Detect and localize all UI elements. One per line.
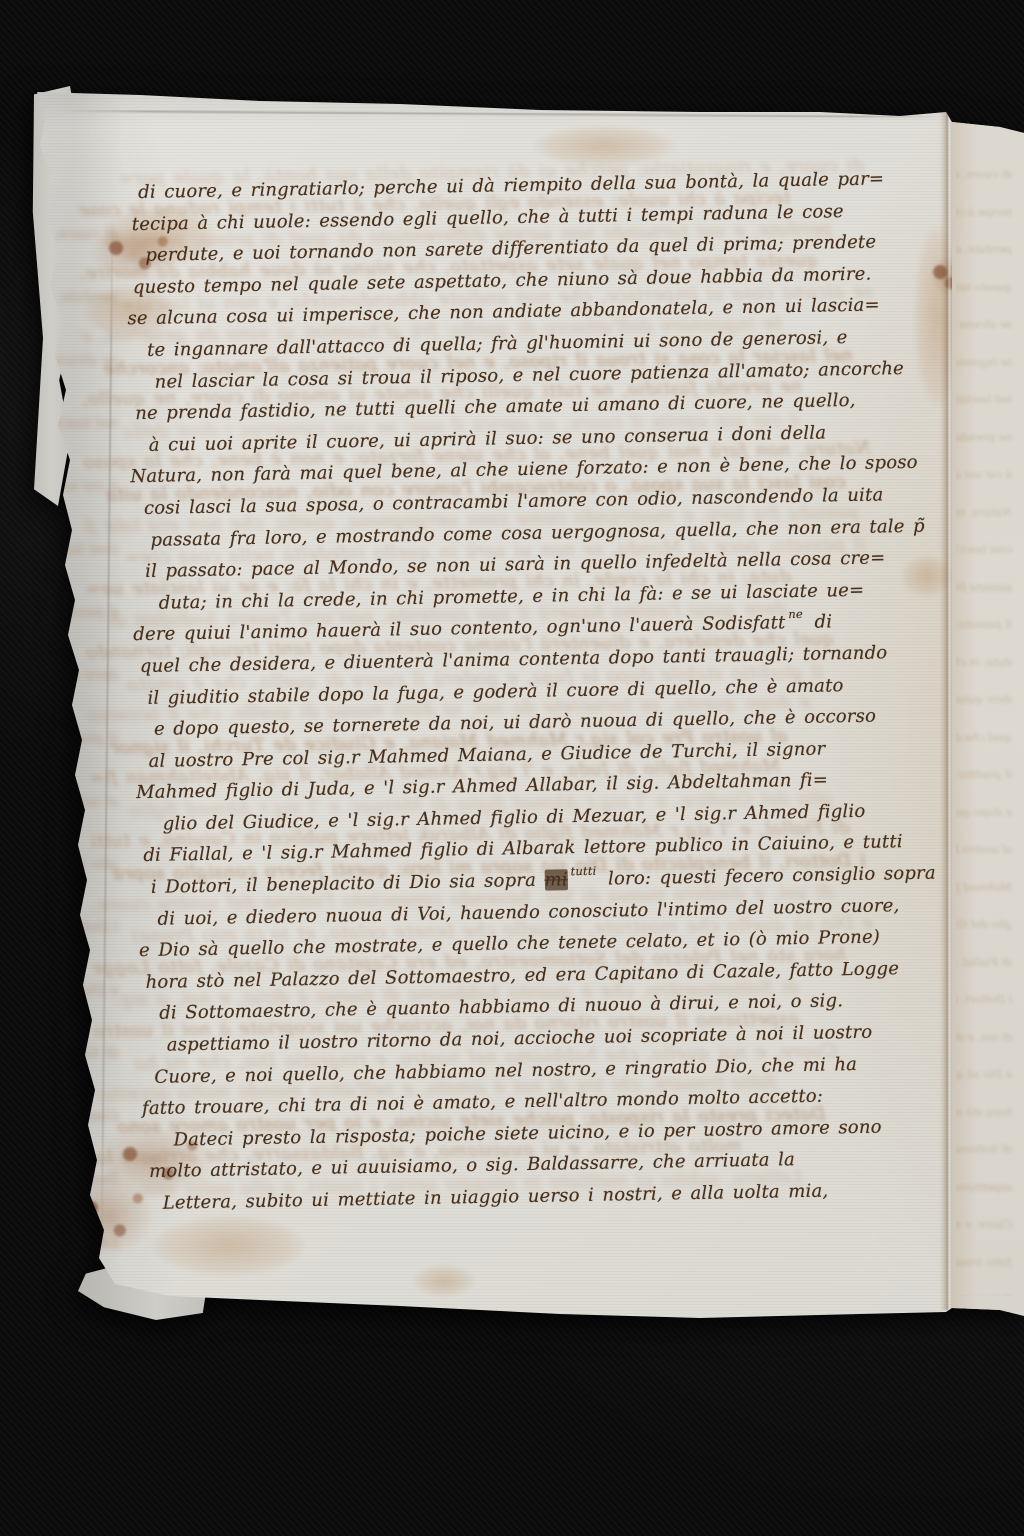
fox-stain [414, 1266, 474, 1296]
ghost-line: cosi lasci la sua sposa, o contracambi l… [956, 531, 1012, 569]
ghost-line: dere quiui l'animo hauerà il suo content… [956, 681, 1012, 719]
ghost-line: il giuditio stabile dopo la fuga, e gode… [956, 756, 1012, 794]
ghost-line: questo tempo nel quale sete aspettato, c… [956, 269, 1012, 307]
fox-stain [154, 1216, 304, 1276]
ghost-line: tecipa à chi uuole: essendo egli quello,… [956, 194, 1012, 232]
letter-lines: di cuore, e ringratiarlo; perche ui dà r… [138, 167, 985, 1225]
ghost-line: Dateci presto la risposta; poiche siete … [956, 1281, 1012, 1296]
ghost-line: glio del Giudice, e 'l sig.r Ahmed figli… [956, 906, 1012, 944]
ghost-line: di uoi, e diedero nuoua di Voi, hauendo … [956, 1019, 1012, 1057]
ghost-line: nel lasciar la cosa si troua il riposo, … [956, 381, 1012, 419]
ghost-line: quel che desidera, e diuenterà l'anima c… [956, 719, 1012, 757]
ghost-line: Cuore, e noi quello, che habbiamo nel no… [956, 1206, 1012, 1244]
ghost-line: di cuore, e ringratiarlo; perche ui dà r… [956, 156, 1012, 194]
superscript-insertion: ne [788, 607, 803, 621]
ghost-line: ne prenda fastidio, ne tutti quelli che … [956, 419, 1012, 457]
superscript-insertion: tutti [570, 864, 596, 878]
ghost-line: Natura, non farà mai quel bene, al che u… [956, 494, 1012, 532]
top-edge-crease [62, 110, 942, 118]
ghost-line: fatto trouare, chi tra di noi è amato, e… [956, 1244, 1012, 1282]
ghost-line: se alcuna cosa ui imperisce, che non and… [956, 306, 1012, 344]
ghost-line: duta; in chi la crede, in chi promette, … [956, 644, 1012, 682]
ghost-line: hora stò nel Palazzo del Sottomaestro, e… [956, 1094, 1012, 1132]
ghost-line: i Dottori, il beneplacito di Dio sia sop… [956, 981, 1012, 1019]
second-leaf-bleed-through: di cuore, e ringratiarlo; perche ui dà r… [956, 156, 1016, 1296]
ghost-line: passata fra loro, e mostrando come cosa … [956, 569, 1012, 607]
ghost-line: Mahmed figlio di Juda, e 'l sig.r Ahmed … [956, 869, 1012, 907]
ghost-line: te ingannare dall'attacco di quella; frà… [956, 344, 1012, 382]
manuscript-page: di cuore, e ringratiarlo; perche ui dà r… [34, 86, 1024, 1324]
ghost-line: perdute, e uoi tornando non sarete diffe… [956, 231, 1012, 269]
ghost-line: di Fiallal, e 'l sig.r Mahmed figlio di … [956, 944, 1012, 982]
ghost-line: à cui uoi aprite il cuore, ui aprirà il … [956, 456, 1012, 494]
text-line: Lettera, subito ui mettiate in uiaggio u… [157, 1178, 985, 1225]
letter-body: di cuore, e ringratiarlo; perche ui dà r… [138, 167, 985, 1225]
ghost-line: di Sottomaestro, che è quanto habbiamo d… [956, 1131, 1012, 1169]
ghost-line: Lettera, subito ui mettiate in uiaggio u… [38, 1212, 118, 1275]
ghost-line: al uostro Pre col sig.r Mahmed Maiana, e… [956, 831, 1012, 869]
ghost-line: il passato: pace al Mondo, se non ui sar… [956, 606, 1012, 644]
ghost-line: e Dio sà quello che mostrate, e quello c… [956, 1056, 1012, 1094]
ghost-line: e dopo questo, se tornerete da noi, ui d… [956, 794, 1012, 832]
ghost-line: aspettiamo il uostro ritorno da noi, acc… [956, 1169, 1012, 1207]
photograph-black-fabric-background: di cuore, e ringratiarlo; perche ui dà r… [0, 0, 1024, 1536]
folded-second-leaf: di cuore, e ringratiarlo; perche ui dà r… [952, 116, 1024, 1312]
manuscript-sheet-wrapper: di cuore, e ringratiarlo; perche ui dà r… [0, 0, 1024, 1536]
